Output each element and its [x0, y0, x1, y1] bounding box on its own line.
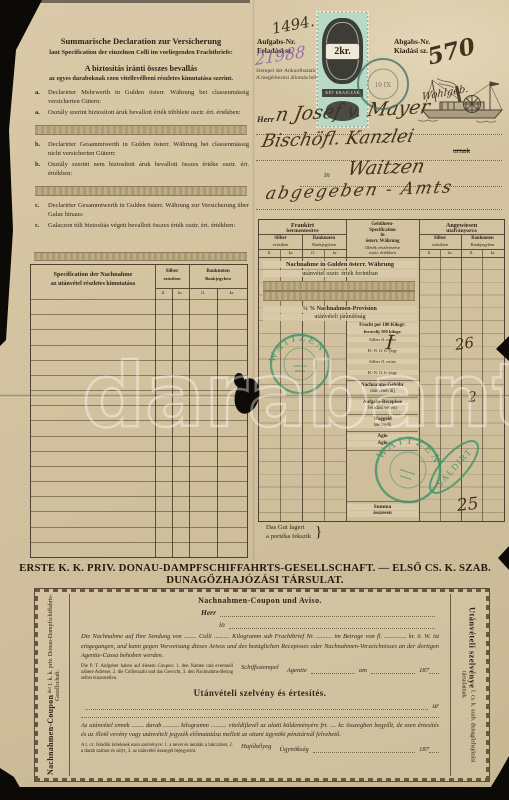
agio-label-de: Agio: [347, 434, 418, 440]
item-text: Galaczon túli biztosítás végett bevallot…: [48, 222, 235, 229]
waggeld-label-hu: mérlegdíj: [347, 423, 418, 428]
coupon-paragraph-hu: Az utánvétel ennek ........ darab ......…: [81, 721, 439, 740]
handwritten-fracht-value: 26: [454, 333, 475, 353]
rule: [155, 288, 247, 289]
coupon-note-hu: A t. cz. feladók kötelesek ezen szelvény…: [81, 743, 233, 755]
col-silver-sublabel: ezüstben: [419, 242, 461, 247]
dotted-line: [256, 208, 502, 210]
dotted-line: [229, 619, 435, 629]
col-fl-label: fl.: [189, 290, 217, 295]
table-row: [31, 360, 247, 375]
side-left-der: der: [48, 687, 53, 693]
col-kr-label: kr.: [172, 290, 189, 295]
table-row: [31, 420, 247, 435]
shaded-fill-bar: [263, 291, 415, 301]
dotted-line: [311, 664, 355, 674]
shaded-fill-bar: [35, 186, 247, 196]
nachnahme-row-label-de: Nachnahme in Gulden österr. Währung: [263, 261, 417, 268]
coupon-in-label: in: [219, 620, 225, 629]
table-row: [31, 511, 247, 526]
addressee-line-4: abgegeben - Amts: [264, 177, 455, 204]
declaration-item-a-hu: a.Osztály szerint biztosított áruk beval…: [33, 109, 249, 118]
fracht-label-de: Fracht per 100 Kilogr:: [347, 323, 418, 329]
year-label: 187: [419, 746, 429, 753]
fee-sub-row: B.-N. fl. b.-jegy: [347, 348, 418, 353]
dotted-line: [313, 743, 415, 753]
horizontal-fold-crease: [0, 394, 509, 398]
coupon-note-de: Die P. T. Aufgeber haben auf diesem Coup…: [81, 664, 233, 683]
ugynokseg-label: Ügynökség: [279, 746, 308, 753]
summa-label-hu: összesen: [347, 511, 418, 517]
waggeld-label-de: Waggeld: [347, 417, 418, 423]
coupon-herr-label: Herr: [201, 608, 216, 617]
hajobelyeg-label: Hajóbélyeg: [241, 743, 271, 750]
item-text: Declarirter Gesammtwerth in Gulden öster…: [48, 141, 249, 157]
schiffsstempel-label: Schiffsstempel: [241, 664, 279, 671]
coupon-title-de: Nachnahmen-Coupon und Aviso.: [81, 596, 439, 605]
rule: [347, 450, 418, 451]
addressee-line-1: n Josef v. Mayer: [274, 96, 432, 126]
ugynokseg-line: Ügynökség 187: [279, 743, 439, 753]
handwritten-class-mark: I: [385, 330, 395, 354]
value-grid: [419, 257, 504, 521]
dotted-line: [429, 665, 439, 674]
handwritten-summa-value: 25: [456, 494, 480, 516]
col-silver-label: Silber: [155, 269, 189, 274]
item-mark: a.: [35, 109, 40, 118]
left-table-rows: [31, 299, 247, 557]
fee-sub-row: Silber fl. ezüst: [347, 359, 418, 364]
col-fl-label: fl.: [155, 290, 172, 295]
col-banknote-sublabel: Bankjegyben: [302, 242, 346, 247]
frankirt-label-hu: bérmentesítve: [259, 228, 346, 234]
agio-label-hu: Agio: [347, 441, 418, 447]
declaration-title-hu: A biztosítás iránti összes bevallás: [33, 64, 249, 73]
item-text: Declarirter Mehrwerth in Gulden österr. …: [48, 89, 249, 105]
table-row: [31, 405, 247, 420]
das-gut-brace: }: [315, 524, 322, 541]
coupon-title-hu: Utánvételi szelvény és értesítés.: [81, 688, 439, 698]
coupon-border-bottom: [35, 778, 489, 781]
coupon-side-right: Utánvételi szelvénye I. cs. k. szab. dun…: [450, 594, 485, 776]
recepisse-label-de: Aufgabs-Recepisse: [347, 400, 418, 406]
col-kr-label: kr.: [482, 250, 504, 255]
col-fl-label: fl.: [419, 250, 440, 255]
col-fl-label: fl.: [302, 250, 324, 255]
recepisse-label-hu: Feladási vevény: [347, 406, 418, 411]
left-table-header-hu: az utánvétel részletes kimutatása: [31, 281, 155, 287]
declaration-subtitle-hu: az egyes daraboknak ezen vitellevélbeni …: [33, 75, 249, 83]
rule: [347, 501, 418, 502]
dotted-line: [220, 607, 435, 617]
col-banknote-sublabel: Bankjegyben: [461, 242, 504, 247]
table-row: [31, 496, 247, 511]
fee-sub-row: B.-N. fl. b.-jegy: [347, 370, 418, 375]
dotted-line: [85, 700, 428, 710]
col-kr-label: kr.: [280, 250, 302, 255]
col-kr-label: kr.: [440, 250, 461, 255]
fees-table: Frankirt bérmentesítve Angewiesen utalvá…: [258, 219, 505, 522]
year-label: 187: [419, 667, 429, 674]
table-row: [31, 345, 247, 360]
rule: [347, 431, 418, 432]
addressee-line-3: Waitzen: [346, 155, 427, 180]
declaration-item-c-hu: c.Galaczon túli biztosítás végett bevall…: [33, 222, 249, 231]
table-row: [31, 466, 247, 481]
item-text: Osztály szerint nem biztosított áruk bev…: [48, 161, 249, 177]
table-row: [31, 481, 247, 496]
table-row: [31, 527, 247, 542]
table-row: [31, 451, 247, 466]
col-banknote-label: Banknoten: [189, 269, 247, 274]
rule: [347, 380, 418, 381]
fee-sub-row: Silber fl. ezüst: [347, 337, 418, 342]
coupon-center: Nachnahmen-Coupon und Aviso. Herr in Die…: [75, 594, 445, 776]
item-text: Declarirter Gesammtwerth in Gulden öster…: [48, 202, 249, 218]
coupon-side-left: Nachnahmen-Coupon der I. k. k. priv. Don…: [39, 594, 70, 776]
item-text: Osztály szerint biztosított áruk bevallo…: [48, 109, 241, 116]
col-banknote-label: Banknoten: [461, 236, 504, 242]
table-row: [31, 542, 247, 557]
table-row: [31, 375, 247, 390]
col-kr-label: kr.: [324, 250, 346, 255]
das-gut-label-hu: a portéka fekszik: [266, 533, 311, 542]
dotted-line: [429, 744, 439, 753]
handwritten-number-top-right: 570: [425, 33, 478, 71]
side-left-title: Nachnahmen-Coupon: [46, 695, 55, 775]
provision-pct: ½ %: [303, 306, 315, 312]
col-silver-label: Silber: [259, 236, 302, 242]
item-mark: b.: [35, 161, 40, 170]
specification-table: Specification der Nachnahme az utánvétel…: [30, 264, 248, 558]
table-row: [31, 329, 247, 344]
col-kr-label: kr.: [217, 290, 247, 295]
dotted-line: [371, 664, 415, 674]
col-fl-label: fl.: [259, 250, 280, 255]
agentie-label: Agentie: [287, 667, 307, 674]
col-silver-label: Silber: [419, 236, 461, 242]
stamp-caption: KÉT KRAJCZÁR: [322, 89, 363, 97]
dotted-line: [81, 716, 439, 718]
declaration-item-c-de: c.Declarirter Gesammtwerth in Gulden öst…: [33, 202, 249, 220]
gebuhr-label-de: Nachnahms-Gebühr: [347, 383, 418, 389]
shaded-fill-bar: [263, 281, 415, 291]
provision-row-label-de: ½ % Nachnahmen-Provision: [263, 306, 417, 313]
rule: [347, 414, 418, 415]
item-mark: b.: [35, 141, 40, 150]
declaration-item-a-de: a.Declarirter Mehrwerth in Gulden österr…: [33, 89, 249, 107]
in-label: in: [324, 170, 330, 179]
company-divider: ERSTE K. K. PRIV. DONAU-DAMPFSCHIFFAHRTS…: [17, 562, 493, 586]
das-gut-label-de: Das Gut lagert: [266, 524, 311, 533]
declaration-item-b-de: b.Declarirter Gesammtwerth in Gulden öst…: [33, 141, 249, 159]
postmark-date: 10 IX: [375, 81, 391, 89]
table-row: [31, 436, 247, 451]
table-row: [31, 314, 247, 329]
side-right-title: Utánvételi szelvénye: [467, 607, 477, 688]
coupon-border-top: [35, 589, 489, 592]
addressee-line-2: Bischöfl. Kanzlei: [260, 126, 416, 152]
vertical-fold-crease: [252, 0, 255, 560]
declaration-block: Summarische Declaration zur Versicherung…: [33, 36, 249, 231]
gebuhren-spec-label-de: Gebühren- Specification in österr. Währu…: [347, 222, 418, 244]
declaration-item-b-hu: b.Osztály szerint nem biztosított áruk b…: [33, 161, 249, 179]
am-label: am: [359, 667, 367, 674]
gebuhren-spec-label-hu: Illeték részletezése osztr. értékben: [347, 245, 418, 256]
das-gut-block: Das Gut lagert a portéka fekszik }: [266, 524, 322, 542]
item-mark: a.: [35, 89, 40, 98]
col-silver-sublabel: ezüstben: [259, 242, 302, 247]
urnak-label: urnak: [453, 146, 470, 155]
coupon-paragraph-de: Die Nachnahme auf Ihre Sendung von .....…: [81, 632, 439, 661]
paper-sheet: darabanth Summarische Declaration zur Ve…: [0, 0, 509, 788]
stamp-value: 2kr.: [325, 43, 360, 60]
scanned-document-page: darabanth Summarische Declaration zur Ve…: [0, 0, 509, 800]
item-mark: c.: [35, 202, 40, 211]
angewiesen-label-hu: utalványozva: [419, 228, 504, 234]
agentie-line: Agentie am 187: [287, 664, 439, 674]
fracht-label-hu: fuvardíj 100 kilogr.: [347, 329, 418, 334]
provision-row-label-hu: utánvételi járandóság: [263, 314, 417, 321]
shaded-fill-bar: [34, 252, 247, 261]
table-row: [31, 299, 247, 314]
coupon-border-left: [35, 589, 38, 781]
nachnahmen-coupon: Nachnahmen-Coupon der I. k. k. priv. Don…: [34, 588, 490, 782]
nachnahme-row-label-hu: utánvétel osztr. érték forintban: [263, 270, 417, 277]
shaded-fill-bar: [35, 125, 247, 135]
side-left-company: I. k. k. priv. Donau-Dampfschiffahrts-Ge…: [48, 595, 61, 701]
col-fl-label: fl.: [461, 250, 482, 255]
ur-label: ur: [432, 701, 439, 710]
col-silver-sublabel: ezüstben: [155, 276, 189, 281]
coupon-border-right: [486, 589, 489, 781]
col-banknote-label: Banknoten: [302, 236, 346, 242]
herr-label: Herr: [257, 114, 274, 124]
left-table-header-de: Specification der Nachnahme: [31, 271, 155, 280]
declaration-subtitle-de: laut Specification der einzelnen Colli i…: [33, 49, 249, 57]
handwritten-number-top-left: 1494.: [270, 12, 316, 38]
item-mark: c.: [35, 222, 40, 231]
col-banknote-sublabel: Bankjegyben: [189, 276, 247, 281]
declaration-title-de: Summarische Declaration zur Versicherung: [33, 36, 249, 46]
